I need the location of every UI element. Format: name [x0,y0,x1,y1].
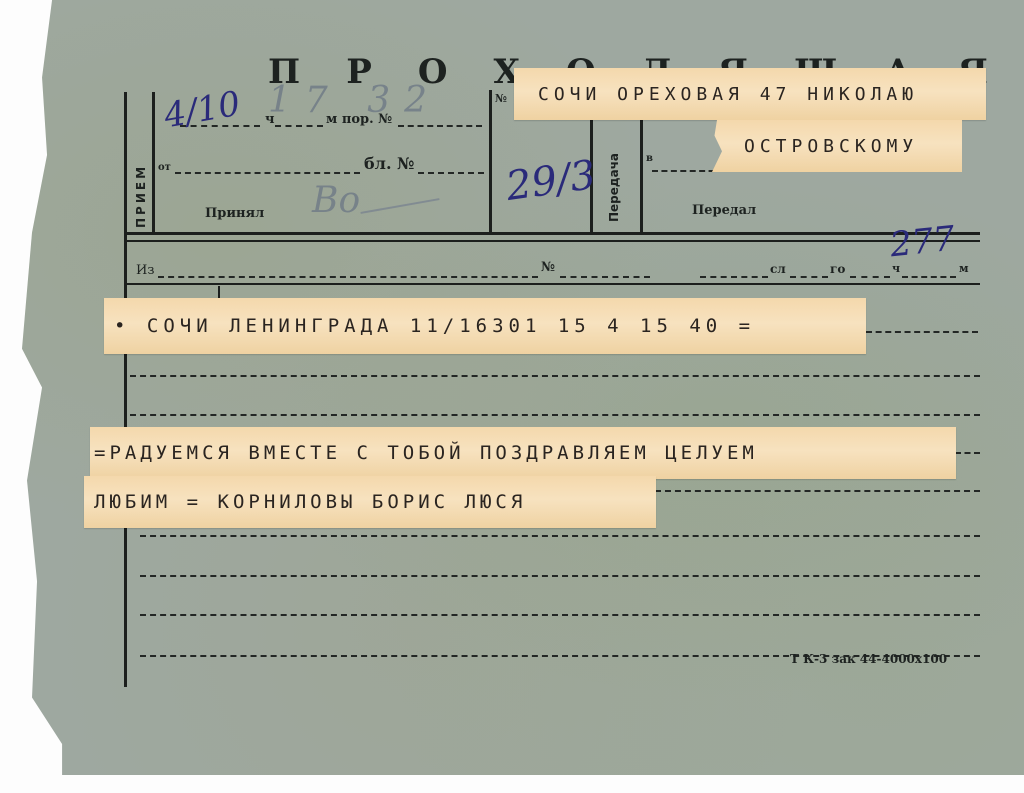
message-line [955,452,980,454]
received-by-label: Принял [205,206,264,221]
message-line [140,614,980,616]
address-tape-line1: СОЧИ ОРЕХОВАЯ 47 НИКОЛАЮ [514,68,986,120]
origin-tape: • СОЧИ ЛЕНИНГРАДА 11/16301 15 4 15 40 = [104,298,866,354]
handwritten-receiver-signature: Во [312,180,360,221]
iz-field-line [158,276,538,278]
transmitted-by-label: Передал [692,203,756,218]
left-border-line [124,92,127,687]
message-tape-line2: ЛЮБИМ = КОРНИЛОВЫ БОРИС ЛЮСЯ [84,476,656,528]
print-code: Т К-3 зак 44-4000х100 [790,652,947,666]
handwritten-minutes: 277 [888,219,957,266]
date-field-line [790,276,828,278]
words-label: сл [770,262,786,276]
origin-text: • СОЧИ ЛЕНИНГРАДА 11/16301 15 4 15 40 = [114,315,755,337]
number-column-left [489,90,492,232]
message-text-line2: ЛЮБИМ = КОРНИЛОВЫ БОРИС ЛЮСЯ [94,491,526,513]
receive-section-divider [152,92,155,232]
address-text-line2: ОСТРОВСКОМУ [744,136,918,157]
hour2-field-line [850,276,890,278]
address-tape-line2: ОСТРОВСКОМУ [712,120,962,172]
address-text-line1: СОЧИ ОРЕХОВАЯ 47 НИКОЛАЮ [538,84,918,105]
message-line [866,331,978,333]
from-label: от [158,162,171,173]
words-field-line [700,276,768,278]
message-line [130,375,980,377]
number-label: № [495,92,507,105]
minutes-field-line [902,276,956,278]
iz-number-label: № [541,260,555,275]
iz-row-top-line [124,240,980,242]
header-bottom-line [124,232,980,235]
v-label: в [646,153,653,164]
bl-number-field-line [418,172,484,174]
bl-number-label: бл. № [364,154,414,173]
iz-row-bottom-line [124,283,980,285]
message-line [655,490,980,492]
go-label: го [830,262,845,276]
receive-section-label: ПРИЕМ [134,164,148,228]
message-text-line1: =РАДУЕМСЯ ВМЕСТЕ С ТОБОЙ ПОЗДРАВЛЯЕМ ЦЕЛ… [94,442,758,464]
message-line [140,535,980,537]
iz-number-field-line [560,276,650,278]
message-line [140,575,980,577]
hour-field-line [275,125,323,127]
handwritten-time: 17 32 [268,80,441,121]
minutes-label: м [959,262,969,275]
transmit-section-label: Передача [607,153,621,222]
message-tape-line1: =РАДУЕМСЯ ВМЕСТЕ С ТОБОЙ ПОЗДРАВЛЯЕМ ЦЕЛ… [90,427,956,479]
from-field-line [175,172,360,174]
message-line [130,414,980,416]
order-number-field-line [398,125,482,127]
transmit-section-divider [640,118,643,232]
iz-label: Из [136,263,154,278]
